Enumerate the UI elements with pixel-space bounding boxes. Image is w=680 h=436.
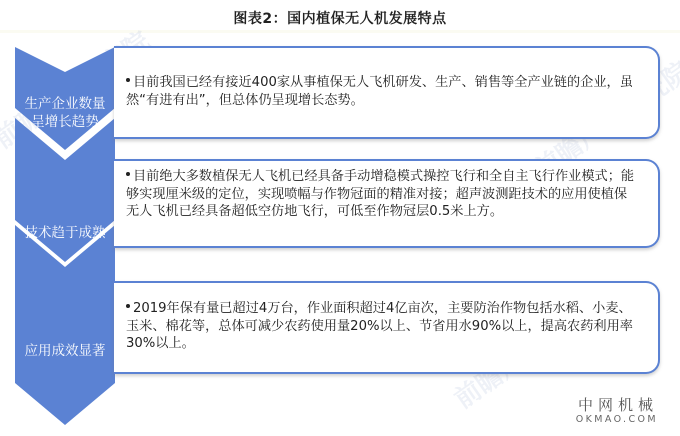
chevron-label-2: 技术趋于成熟 xyxy=(15,224,115,242)
bullet-icon xyxy=(126,78,130,82)
label-line: 技术趋于成熟 xyxy=(15,224,115,242)
content-box-3: 2019年保有量已超过4万台，作业面积超过4亿亩次，主要防治作物包括水稻、小麦、… xyxy=(114,281,660,374)
content-box-2: 目前绝大多数植保无人飞机已经具备手动增稳模式操控飞行和全自主飞行作业模式；能够实… xyxy=(114,159,660,248)
chevron-label-3: 应用成效显著 xyxy=(15,342,115,360)
chevron-label-1: 生产企业数量 呈增长趋势 xyxy=(15,95,115,131)
brand-logo-cn: 中网机械 xyxy=(578,394,658,415)
row-text: 目前我国已经有接近400家从事植保无人飞机研发、生产、销售等全产业链的企业，虽然… xyxy=(126,75,633,108)
row-text: 2019年保有量已超过4万台，作业面积超过4亿亩次，主要防治作物包括水稻、小麦、… xyxy=(126,301,633,351)
label-line: 应用成效显著 xyxy=(15,342,115,360)
bullet-icon xyxy=(126,304,130,308)
label-line: 呈增长趋势 xyxy=(15,113,115,131)
bullet-icon xyxy=(126,172,130,176)
brand-logo-en: OKMAO.COM xyxy=(576,414,658,425)
row-text: 目前绝大多数植保无人飞机已经具备手动增稳模式操控飞行和全自主飞行作业模式；能够实… xyxy=(126,169,634,219)
label-line: 生产企业数量 xyxy=(15,95,115,113)
content-box-1: 目前我国已经有接近400家从事植保无人飞机研发、生产、销售等全产业链的企业，虽然… xyxy=(114,46,660,139)
